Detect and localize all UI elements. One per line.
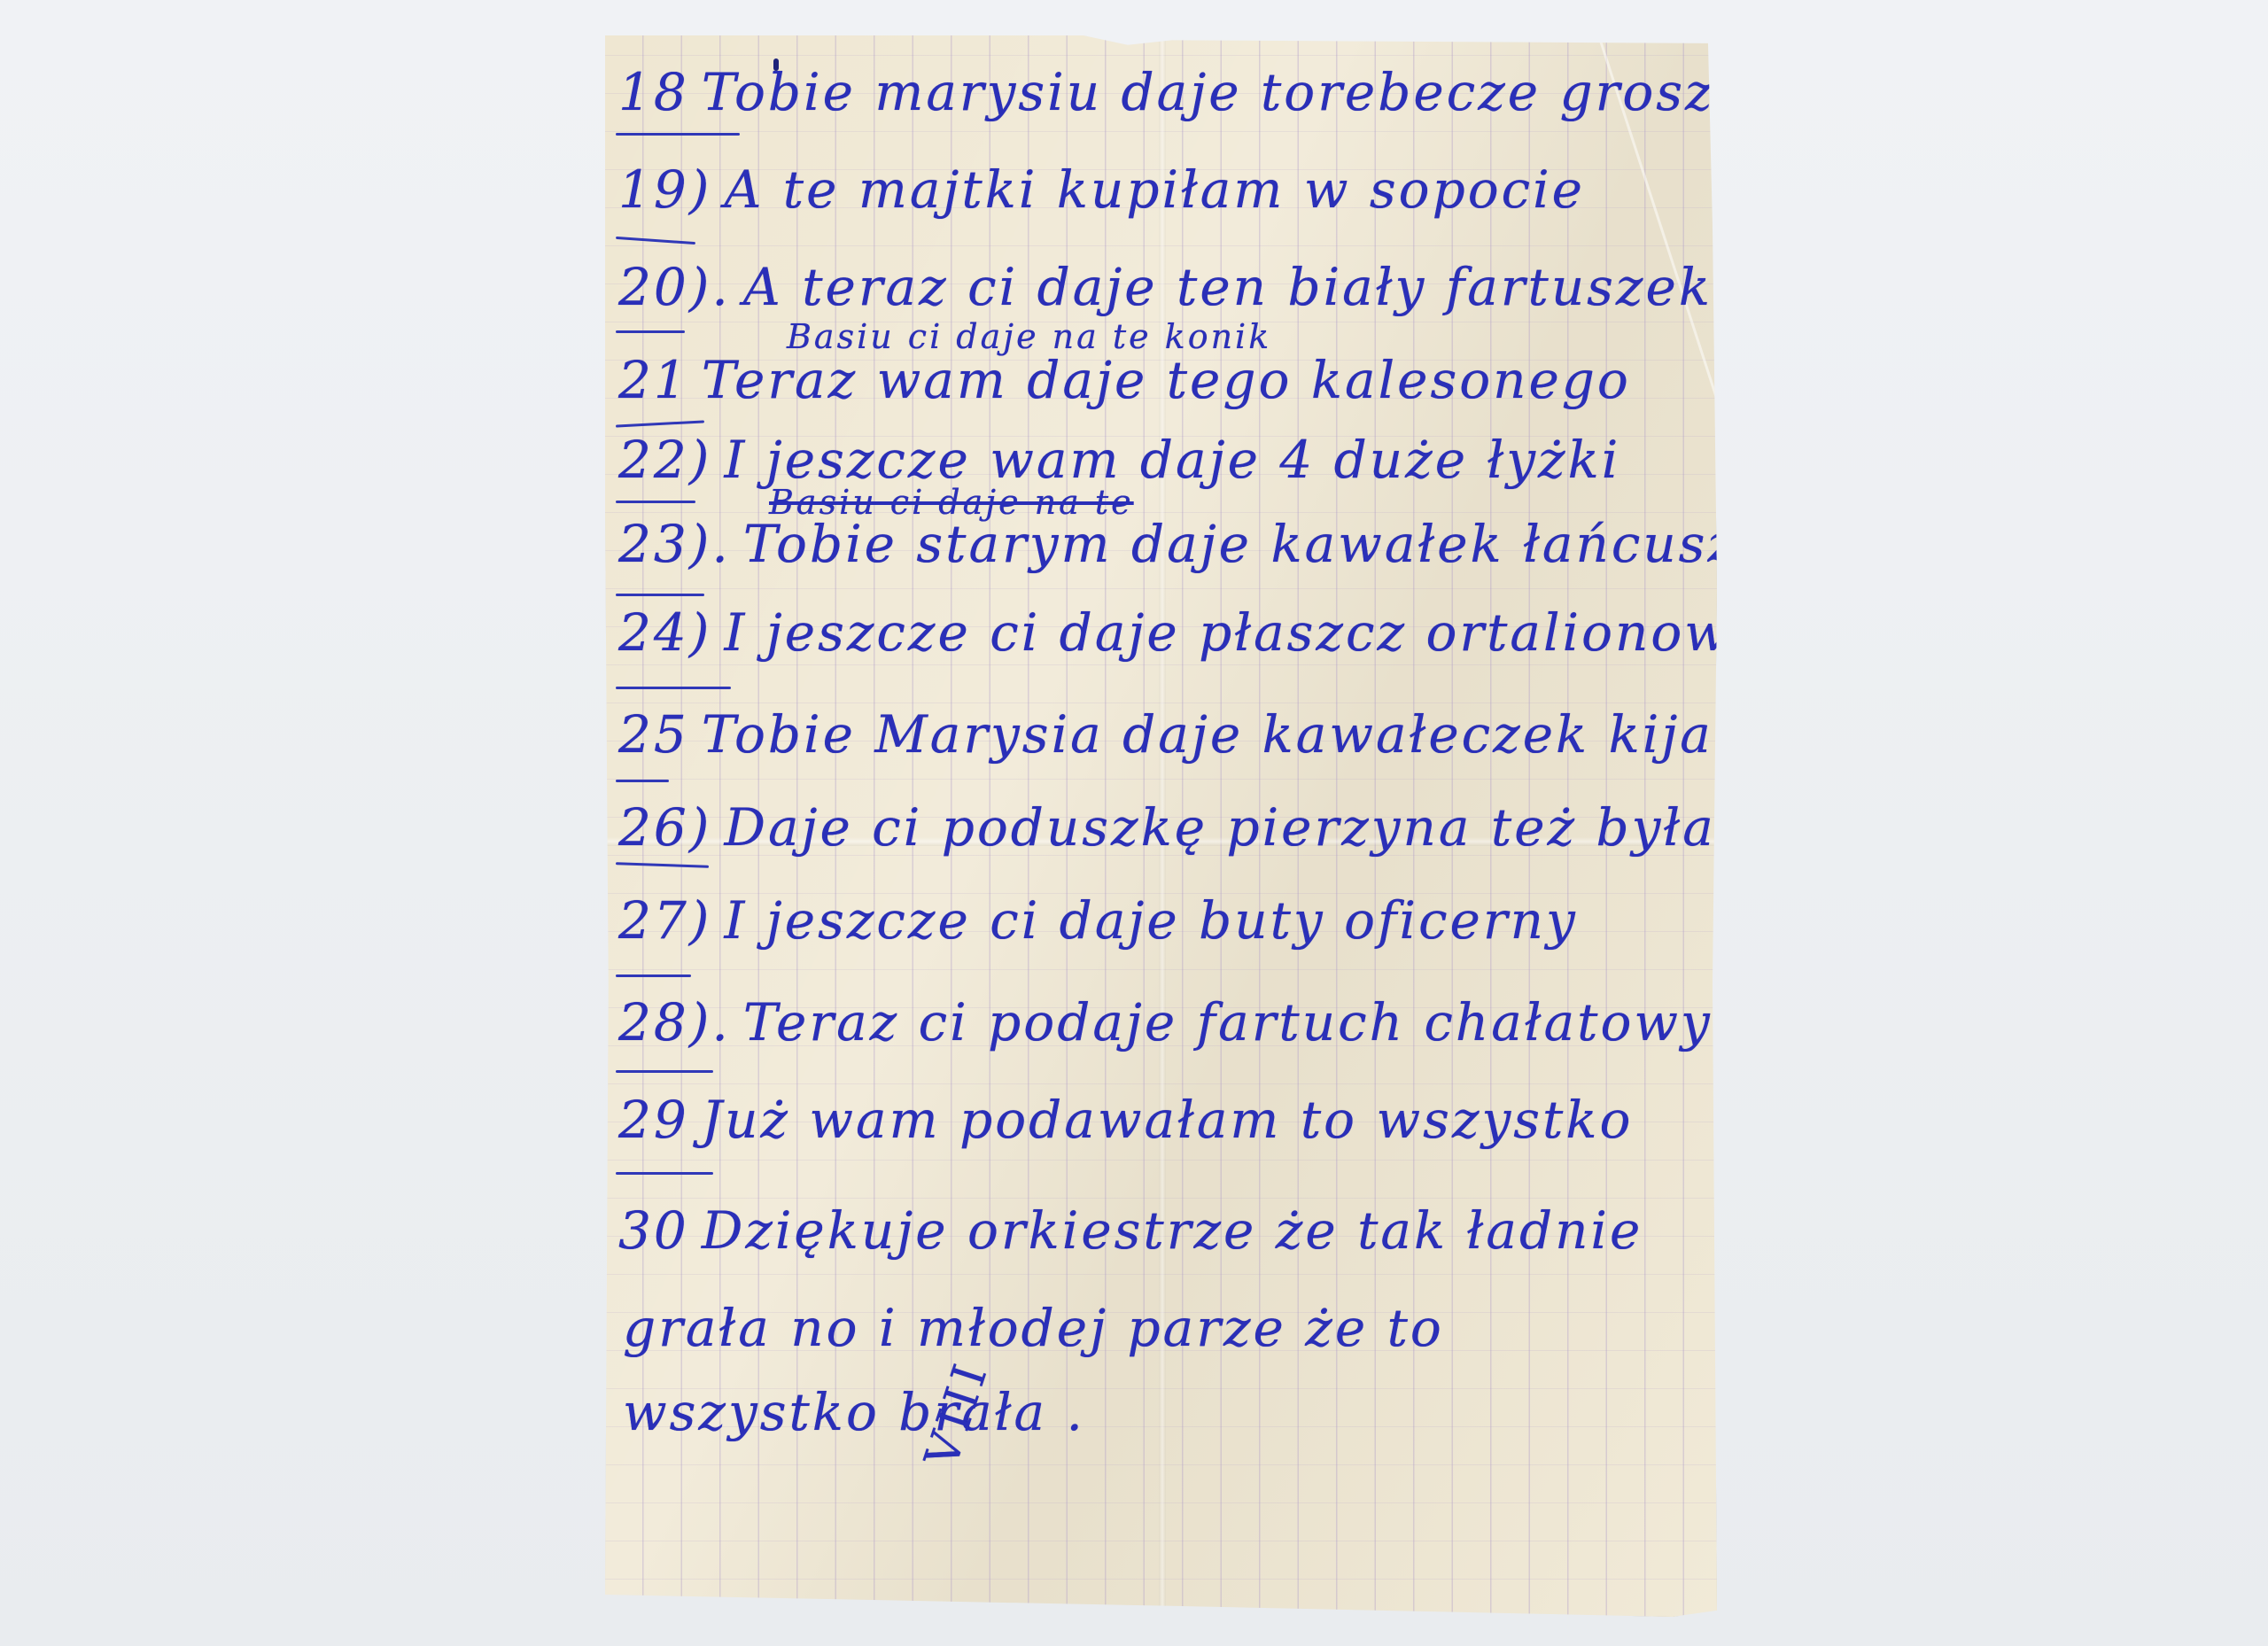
handwritten-line-continuation-2: wszystko brała . [623, 1382, 1085, 1442]
handwritten-line-20: 20).A teraz ci daje ten biały fartuszek [618, 257, 1713, 317]
handwritten-line-continuation-1: grała no i młodej parze że to [623, 1298, 1444, 1358]
underline [616, 862, 709, 868]
handwritten-line-28: 28).Teraz ci podaje fartuch chałatowy [618, 992, 1713, 1052]
line-number: 20). [618, 257, 731, 317]
line-text: A teraz ci daje ten biały fartuszek [743, 257, 1713, 317]
handwritten-page: 18Tobie marysiu daje torebecze groszu 19… [605, 35, 1717, 1617]
underline [616, 974, 691, 977]
line-number: 23). [618, 514, 731, 574]
line-number: 21 [618, 350, 689, 410]
line-number: 18 [618, 62, 689, 122]
underline [616, 594, 704, 596]
line-text: Tobie marysiu daje torebecze groszu [702, 62, 1751, 122]
handwritten-line-22: 22)I jeszcze wam daje 4 duże łyżki [618, 430, 1620, 490]
handwritten-line-21: 21Teraz wam daje tego kalesonego [618, 350, 1631, 410]
underline [616, 420, 704, 427]
handwritten-line-25: 25Tobie Marysia daje kawałeczek kija [618, 704, 1713, 765]
line-text: grała no i młodej parze że to [623, 1298, 1444, 1358]
underline [616, 237, 695, 245]
line-text: Daje ci poduszkę pierzyna też była [724, 797, 1715, 858]
handwritten-line-19: 19)A te majtki kupiłam w sopocie [618, 159, 1585, 220]
underline [616, 133, 740, 136]
line-text: I jeszcze wam daje 4 duże łyżki [724, 430, 1620, 490]
line-text: Już wam podawałam to wszystko [702, 1090, 1634, 1150]
line-text: Dziękuje orkiestrze że tak ładnie [702, 1200, 1643, 1261]
line-number: 28). [618, 992, 731, 1052]
line-text: Teraz ci podaje fartuch chałatowy [743, 992, 1713, 1052]
underline [616, 1070, 713, 1073]
line-text: wszystko brała . [623, 1382, 1085, 1442]
handwritten-line-23: 23).Tobie starym daje kawałek łańcuszka [618, 514, 1805, 574]
line-number: 19) [618, 159, 711, 220]
handwritten-line-26: 26)Daje ci poduszkę pierzyna też była [618, 797, 1716, 858]
handwritten-line-24: 24)I jeszcze ci daje płaszcz ortalionowy [618, 602, 1763, 663]
line-number: 29 [618, 1090, 689, 1150]
line-number: 26) [618, 797, 711, 858]
line-number: 22) [618, 430, 711, 490]
line-number: 27) [618, 890, 711, 951]
underline [616, 687, 731, 689]
handwritten-line-27: 27)I jeszcze ci daje buty oficerny [618, 890, 1578, 951]
line-text: Teraz wam daje tego kalesonego [702, 350, 1631, 410]
underline [616, 501, 695, 503]
line-number: 30 [618, 1200, 689, 1261]
line-text: I jeszcze ci daje buty oficerny [724, 890, 1577, 951]
line-number: 25 [618, 704, 689, 765]
line-number: 24) [618, 602, 711, 663]
handwritten-line-18: 18Tobie marysiu daje torebecze groszu [618, 62, 1751, 122]
underline [616, 330, 685, 333]
line-text: Tobie starym daje kawałek łańcuszka [743, 514, 1805, 574]
underline [616, 780, 669, 782]
handwritten-line-29: 29Już wam podawałam to wszystko [618, 1090, 1633, 1150]
underline [616, 1172, 713, 1175]
line-text: Tobie Marysia daje kawałeczek kija [702, 704, 1713, 765]
line-text: I jeszcze ci daje płaszcz ortalionowy [724, 602, 1762, 663]
line-text: A te majtki kupiłam w sopocie [724, 159, 1585, 220]
handwritten-line-30: 30Dziękuje orkiestrze że tak ładnie [618, 1200, 1643, 1261]
